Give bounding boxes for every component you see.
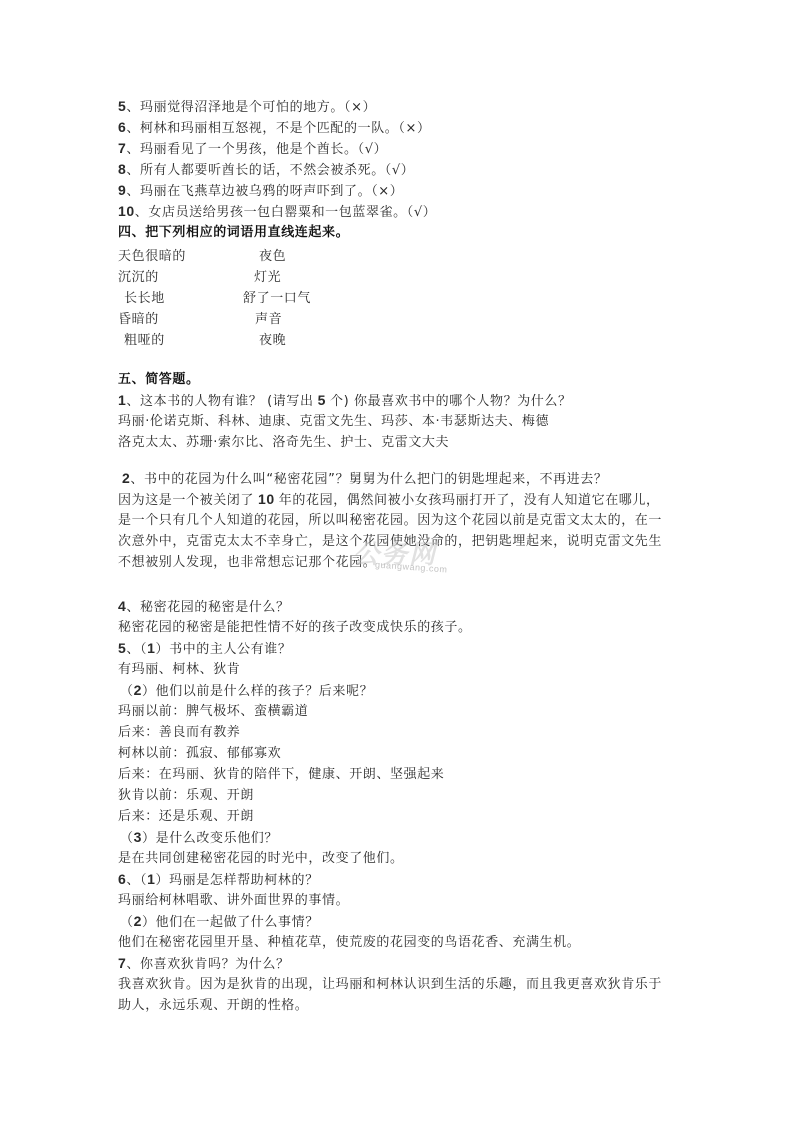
- section5-heading: 五、简答题。: [118, 371, 200, 388]
- question-text: 、这本书的人物有谁？ (请写出: [126, 394, 313, 409]
- answer-text: 因为这是一个被关闭了: [118, 493, 254, 508]
- tf-item-9: 9、玛丽在飞燕草边被乌鸦的呀声吓到了。（×）: [118, 182, 403, 200]
- item-text: 、所有人都要听酋长的话，不然会被杀死。（√）: [126, 163, 414, 178]
- watermark-url: guangwang.com: [375, 559, 448, 574]
- q5-sub2-answer-4: 后来：在玛丽、狄肯的陪伴下，健康、开朗、坚强起来: [118, 766, 444, 783]
- item-text: 、玛丽在飞燕草边被乌鸦的呀声吓到了。（×）: [126, 184, 403, 199]
- sub-question-number: 2: [134, 913, 142, 929]
- tf-item-6: 6、柯林和玛丽相互怒视，不是个匹配的一队。（×）: [118, 119, 431, 137]
- q2-answer-line-3: 次意外中，克雷克太太不幸身亡，是这个花园使她没命的，把钥匙埋起来，说明克雷文先生: [118, 533, 662, 550]
- q2-question: 2、书中的花园为什么叫“秘密花园”？舅舅为什么把门的钥匙埋起来，不再进去？: [122, 470, 607, 488]
- q7-answer-line-1: 我喜欢狄肯。因为是狄肯的出现，让玛丽和柯林认识到生活的乐趣，而且我更喜欢狄肯乐于: [118, 976, 662, 993]
- q5-sub2-answer-5: 狄肯以前：乐观、开朗: [118, 787, 254, 804]
- q6-sub2-question: （2）他们在一起做了什么事情？: [120, 913, 319, 931]
- q2-answer-line-2: 是一个只有几个人知道的花园，所以叫秘密花园。因为这个花园以前是克雷文太太的，在一: [118, 512, 662, 529]
- question-text: 、秘密花园的秘密是什么？: [126, 600, 289, 615]
- match-right-5: 夜晚: [259, 329, 286, 348]
- match-left-1: 天色很暗的: [118, 245, 186, 264]
- tf-item-8: 8、所有人都要听酋长的话，不然会被杀死。（√）: [118, 161, 414, 179]
- document-page: 5、玛丽觉得沼泽地是个可怕的地方。（×） 6、柯林和玛丽相互怒视，不是个匹配的一…: [0, 0, 793, 1122]
- question-text: 个) 你最喜欢书中的哪个人物？为什么？: [330, 394, 572, 409]
- q7-answer-line-2: 助人，永远乐观、开朗的性格。: [118, 997, 308, 1014]
- item-text: 、柯林和玛丽相互怒视，不是个匹配的一队。（×）: [126, 121, 430, 136]
- question-text: ）玛丽是怎样帮助柯林的？: [155, 873, 318, 888]
- tf-item-10: 10、女店员送给男孩一包白罂粟和一包蓝翠雀。（√）: [118, 203, 436, 221]
- sub-question-number: 3: [134, 829, 142, 845]
- question-text: 、（: [126, 642, 147, 657]
- q7-question: 7、你喜欢狄肯吗？为什么？: [118, 955, 290, 973]
- question-text: 、你喜欢狄肯吗？为什么？: [126, 957, 289, 972]
- match-right-4: 声音: [255, 308, 282, 327]
- q5-sub2-answer-1: 玛丽以前：脾气极坏、蛮横霸道: [118, 703, 308, 720]
- match-left-4: 昏暗的: [118, 308, 159, 327]
- q4-question: 4、秘密花园的秘密是什么？: [118, 598, 290, 616]
- q5-sub1-answer: 有玛丽、柯林、狄肯: [118, 661, 240, 678]
- question-text: ）书中的主人公有谁？: [155, 642, 291, 657]
- q5-sub2-answer-3: 柯林以前：孤寂、郁郁寡欢: [118, 745, 281, 762]
- item-text: 、女店员送给男孩一包白罂粟和一包蓝翠雀。（√）: [135, 205, 437, 220]
- q6-sub1-question: 6、（1）玛丽是怎样帮助柯林的？: [118, 871, 319, 889]
- q5-sub1-question: 5、（1）书中的主人公有谁？: [118, 640, 292, 658]
- q5-sub3-question: （3）是什么改变乐他们？: [120, 829, 278, 847]
- question-text: 、书中的花园为什么叫“秘密花园”？舅舅为什么把门的钥匙埋起来，不再进去？: [130, 472, 607, 487]
- q6-sub1-answer: 玛丽给柯林唱歌、讲外面世界的事情。: [118, 892, 349, 909]
- question-text: ）他们在一起做了什么事情？: [142, 915, 319, 930]
- q2-answer-line-4: 不想被别人发现，也非常想忘记那个花园。: [118, 554, 376, 571]
- question-number: 6: [118, 871, 126, 887]
- q5-sub3-answer: 是在共同创建秘密花园的时光中，改变了他们。: [118, 850, 404, 867]
- question-inline-number: 5: [318, 392, 326, 408]
- q2-answer-line-1: 因为这是一个被关闭了10年的花园，偶然间被小女孩玛丽打开了，没有人知道它在哪儿，: [118, 491, 660, 509]
- question-text: ）他们以前是什么样的孩子？后来呢？: [142, 684, 373, 699]
- question-text: ）是什么改变乐他们？: [142, 831, 278, 846]
- q1-question: 1、这本书的人物有谁？ (请写出5个) 你最喜欢书中的哪个人物？为什么？: [118, 392, 572, 410]
- match-left-3: 长长地: [124, 287, 165, 306]
- sub-question-number: 2: [134, 682, 142, 698]
- match-right-3: 舒了一口气: [243, 287, 311, 306]
- item-text: 、玛丽看见了一个男孩，他是个酋长。（√）: [126, 142, 387, 157]
- q1-answer-line-1: 玛丽·伦诺克斯、科林、迪康、克雷文先生、玛莎、本·韦瑟斯达夫、梅德: [118, 413, 549, 430]
- section4-heading: 四、把下列相应的词语用直线连起来。: [118, 224, 349, 241]
- tf-item-7: 7、玛丽看见了一个男孩，他是个酋长。（√）: [118, 140, 387, 158]
- item-number: 10: [118, 203, 135, 219]
- answer-text: 年的花园，偶然间被小女孩玛丽打开了，没有人知道它在哪儿，: [279, 493, 660, 508]
- match-left-2: 沉沉的: [118, 266, 159, 285]
- q5-sub2-answer-6: 后来：还是乐观、开朗: [118, 808, 254, 825]
- answer-inline-number: 10: [258, 491, 275, 507]
- item-text: 、玛丽觉得沼泽地是个可怕的地方。（×）: [126, 100, 376, 115]
- q6-sub2-answer: 他们在秘密花园里开垦、种植花草，使荒废的花园变的鸟语花香、充满生机。: [118, 934, 580, 951]
- match-right-2: 灯光: [254, 266, 281, 285]
- q1-answer-line-2: 洛克太太、苏珊·索尔比、洛奇先生、护士、克雷文大夫: [118, 434, 449, 451]
- match-left-5: 粗哑的: [124, 329, 165, 348]
- q5-sub2-answer-2: 后来：善良而有教养: [118, 724, 240, 741]
- tf-item-5: 5、玛丽觉得沼泽地是个可怕的地方。（×）: [118, 98, 376, 116]
- q5-sub2-question: （2）他们以前是什么样的孩子？后来呢？: [120, 682, 373, 700]
- q4-answer: 秘密花园的秘密是能把性情不好的孩子改变成快乐的孩子。: [118, 619, 472, 636]
- match-right-1: 夜色: [259, 245, 286, 264]
